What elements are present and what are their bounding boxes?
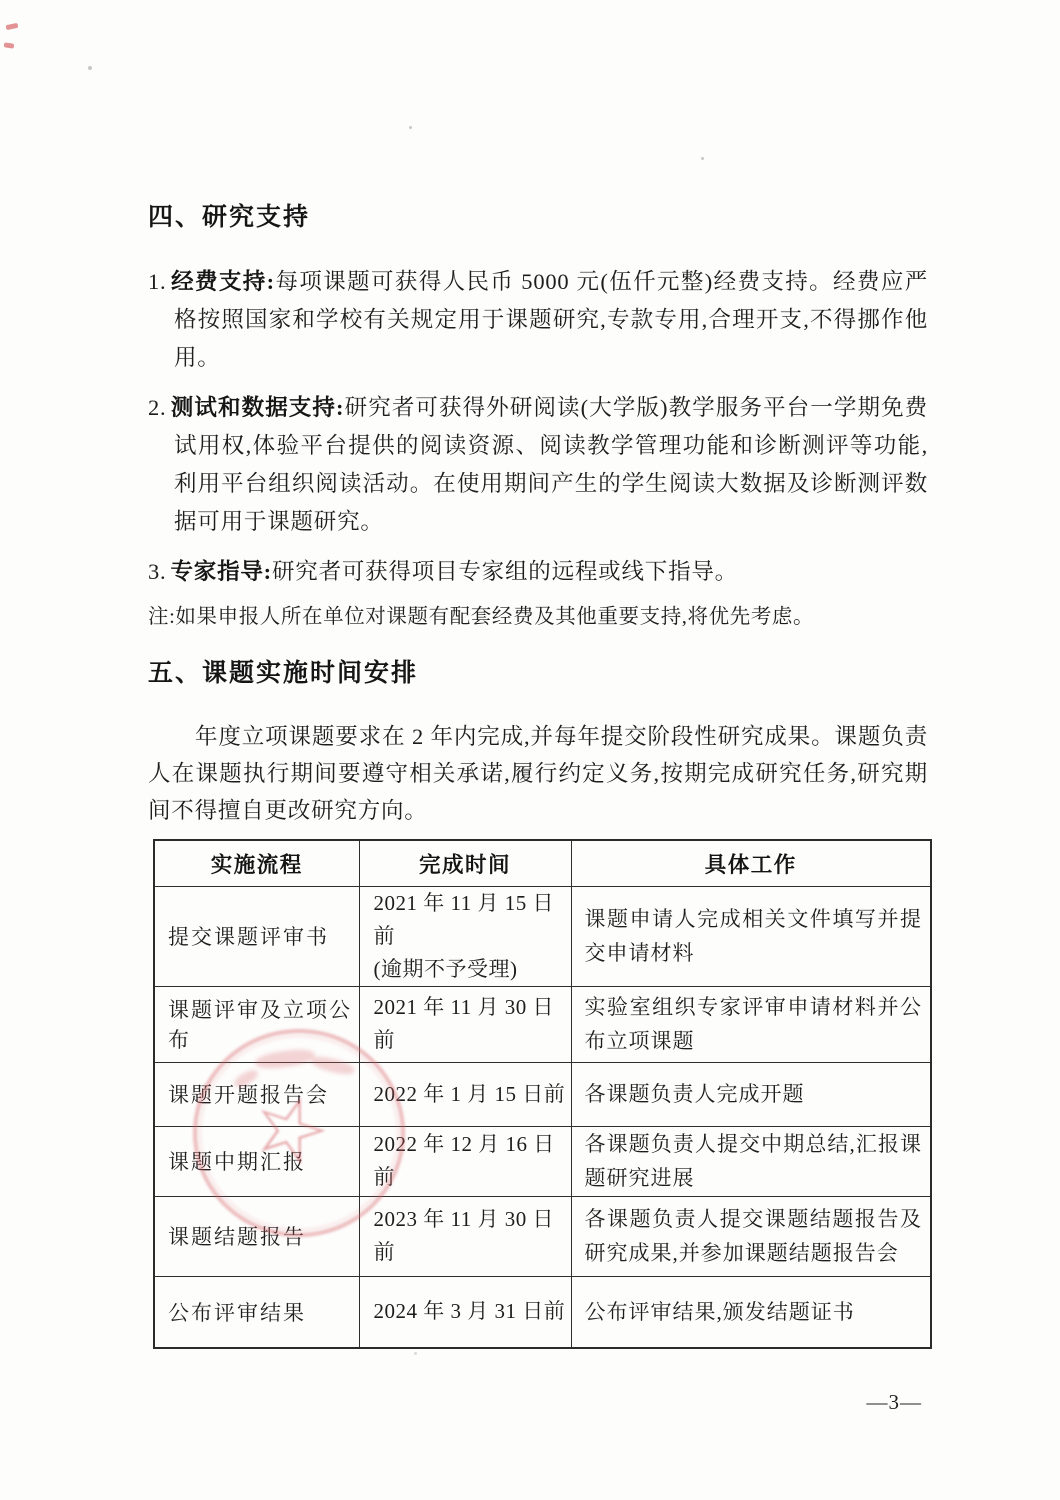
item-number: 3. — [148, 559, 170, 584]
scan-speck — [701, 157, 704, 160]
item-text: 研究者可获得项目专家组的远程或线下指导。 — [272, 559, 738, 584]
cell-process: 课题评审及立项公布 — [154, 986, 359, 1062]
table-row: 课题中期汇报 2022 年 12 月 16 日前 各课题负责人提交中期总结,汇报… — [154, 1126, 931, 1196]
item-text: 每项课题可获得人民币 5000 元(伍仟元整)经费支持。经费应严格按照国家和学校… — [174, 269, 928, 370]
note-line: 注:如果申报人所在单位对课题有配套经费及其他重要支持,将优先考虑。 — [148, 603, 928, 631]
header-completion-time: 完成时间 — [359, 840, 571, 886]
scan-red-mark — [4, 42, 15, 48]
item-number: 1. — [148, 269, 170, 294]
cell-time: 2023 年 11 月 30 日前 — [359, 1196, 571, 1276]
section4-heading: 四、研究支持 — [148, 203, 928, 233]
table-row: 课题评审及立项公布 2021 年 11 月 30 日前 实验室组织专家评审申请材… — [154, 986, 931, 1062]
table-row: 提交课题评审书 2021 年 11 月 15 日前 (逾期不予受理) 课题申请人… — [154, 886, 931, 986]
item-label: 经费支持: — [170, 269, 274, 294]
cell-time: 2024 年 3 月 31 日前 — [359, 1276, 571, 1348]
cell-work: 各课题负责人提交课题结题报告及研究成果,并参加课题结题报告会 — [571, 1196, 931, 1276]
header-process: 实施流程 — [154, 840, 359, 886]
cell-time: 2022 年 1 月 15 日前 — [359, 1062, 571, 1126]
page-number: —3— — [867, 1390, 923, 1415]
scan-speck — [414, 1352, 417, 1355]
table-row: 课题开题报告会 2022 年 1 月 15 日前 各课题负责人完成开题 — [154, 1062, 931, 1126]
table-row: 课题结题报告 2023 年 11 月 30 日前 各课题负责人提交课题结题报告及… — [154, 1196, 931, 1276]
header-specific-work: 具体工作 — [571, 840, 931, 886]
item-label: 专家指导: — [170, 559, 272, 584]
item-number: 2. — [148, 395, 170, 420]
cell-work: 公布评审结果,颁发结题证书 — [571, 1276, 931, 1348]
schedule-table: 实施流程 完成时间 具体工作 提交课题评审书 2021 年 11 月 15 日前… — [153, 839, 932, 1349]
cell-work: 各课题负责人完成开题 — [571, 1062, 931, 1126]
cell-work: 课题申请人完成相关文件填写并提交申请材料 — [571, 886, 931, 986]
table-header-row: 实施流程 完成时间 具体工作 — [154, 840, 931, 886]
item-label: 测试和数据支持: — [170, 395, 344, 420]
cell-process: 公布评审结果 — [154, 1276, 359, 1348]
cell-process: 提交课题评审书 — [154, 886, 359, 986]
intro-paragraph: 年度立项课题要求在 2 年内完成,并每年提交阶段性研究成果。课题负责人在课题执行… — [148, 718, 928, 829]
cell-process: 课题开题报告会 — [154, 1062, 359, 1126]
cell-time: 2021 年 11 月 30 日前 — [359, 986, 571, 1062]
cell-process: 课题结题报告 — [154, 1196, 359, 1276]
cell-time: 2021 年 11 月 15 日前 (逾期不予受理) — [359, 886, 571, 986]
list-item-funding: 1.经费支持:每项课题可获得人民币 5000 元(伍仟元整)经费支持。经费应严格… — [148, 263, 928, 377]
list-item-expert-guidance: 3.专家指导:研究者可获得项目专家组的远程或线下指导。 — [148, 553, 928, 591]
scan-red-mark — [6, 23, 19, 30]
cell-work: 实验室组织专家评审申请材料并公布立项课题 — [571, 986, 931, 1062]
scan-speck — [88, 66, 92, 70]
cell-process: 课题中期汇报 — [154, 1126, 359, 1196]
table-row: 公布评审结果 2024 年 3 月 31 日前 公布评审结果,颁发结题证书 — [154, 1276, 931, 1348]
section5-heading: 五、课题实施时间安排 — [148, 659, 928, 689]
list-item-testing-data: 2.测试和数据支持:研究者可获得外研阅读(大学版)教学服务平台一学期免费试用权,… — [148, 389, 928, 541]
cell-work: 各课题负责人提交中期总结,汇报课题研究进展 — [571, 1126, 931, 1196]
scan-speck — [409, 126, 412, 129]
document-page: 四、研究支持 1.经费支持:每项课题可获得人民币 5000 元(伍仟元整)经费支… — [0, 0, 1060, 1500]
cell-time: 2022 年 12 月 16 日前 — [359, 1126, 571, 1196]
